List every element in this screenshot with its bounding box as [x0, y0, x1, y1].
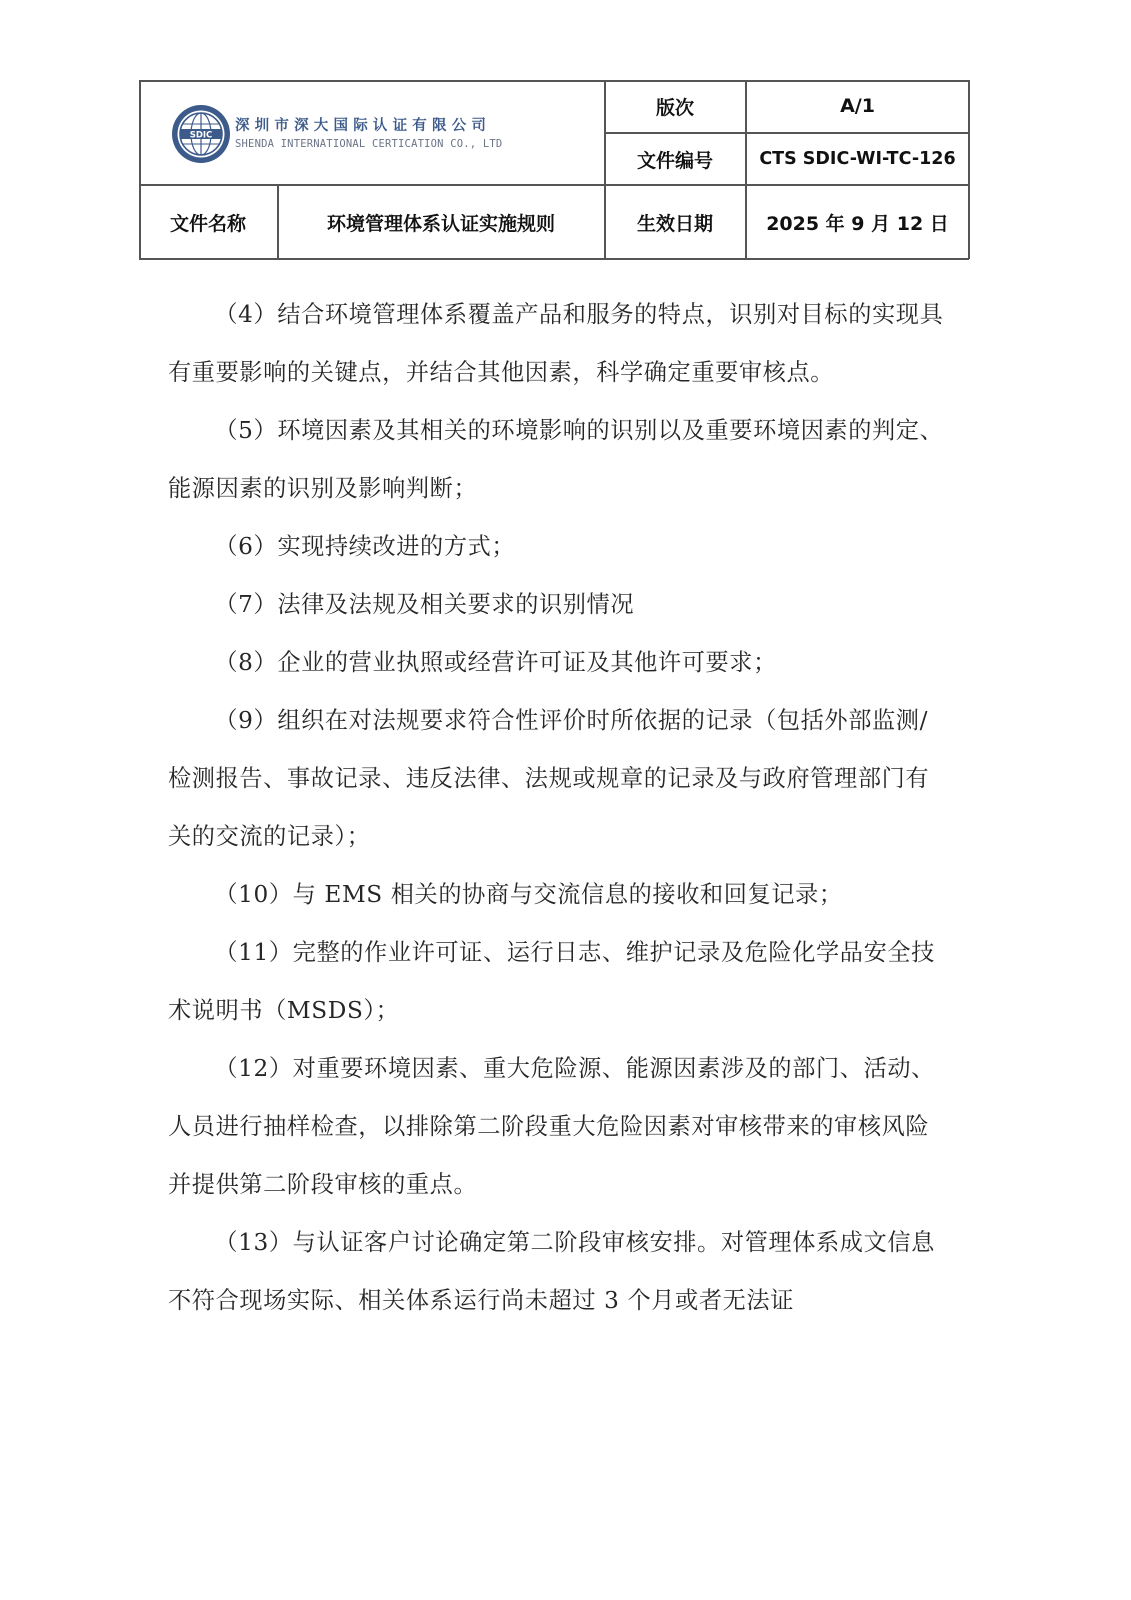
paragraph-item-12: （12）对重要环境因素、重大危险源、能源因素涉及的部门、活动、人员进行抽样检查，… [168, 1040, 948, 1214]
doc-name-value: 环境管理体系认证实施规则 [278, 185, 604, 259]
paragraph-item-7: （7）法律及法规及相关要求的识别情况 [168, 576, 948, 634]
document-header-table: SDIC 深圳市深大国际认证有限公司 SHENDA INTERNATIONAL … [139, 80, 969, 259]
paragraph-item-10: （10）与 EMS 相关的协商与交流信息的接收和回复记录； [168, 866, 948, 924]
paragraph-item-8: （8）企业的营业执照或经营许可证及其他许可要求； [168, 634, 948, 692]
effective-date-value: 2025 年 9 月 12 日 [746, 185, 969, 259]
doc-name-label: 文件名称 [139, 185, 277, 259]
document-body: （4）结合环境管理体系覆盖产品和服务的特点，识别对目标的实现具有重要影响的关键点… [168, 286, 948, 1330]
paragraph-item-13: （13）与认证客户讨论确定第二阶段审核安排。对管理体系成文信息不符合现场实际、相… [168, 1214, 948, 1330]
globe-emblem-icon: SDIC [171, 104, 231, 164]
version-label: 版次 [605, 80, 745, 132]
paragraph-item-6: （6）实现持续改进的方式； [168, 518, 948, 576]
company-logo-cell: SDIC 深圳市深大国际认证有限公司 SHENDA INTERNATIONAL … [139, 80, 604, 184]
paragraph-item-11: （11）完整的作业许可证、运行日志、维护记录及危险化学品安全技术说明书（MSDS… [168, 924, 948, 1040]
effective-date-label: 生效日期 [605, 185, 745, 259]
paragraph-item-4: （4）结合环境管理体系覆盖产品和服务的特点，识别对目标的实现具有重要影响的关键点… [168, 286, 948, 402]
doc-number-label: 文件编号 [605, 133, 745, 185]
paragraph-item-9: （9）组织在对法规要求符合性评价时所依据的记录（包括外部监测/检测报告、事故记录… [168, 692, 948, 866]
doc-number-value: CTS SDIC-WI-TC-126 [746, 133, 969, 185]
version-value: A/1 [746, 80, 969, 132]
company-name-cn: 深圳市深大国际认证有限公司 [235, 114, 491, 135]
paragraph-item-5: （5）环境因素及其相关的环境影响的识别以及重要环境因素的判定、能源因素的识别及影… [168, 402, 948, 518]
svg-text:SDIC: SDIC [190, 131, 213, 141]
company-name-en: SHENDA INTERNATIONAL CERTICATION CO., LT… [235, 138, 502, 150]
